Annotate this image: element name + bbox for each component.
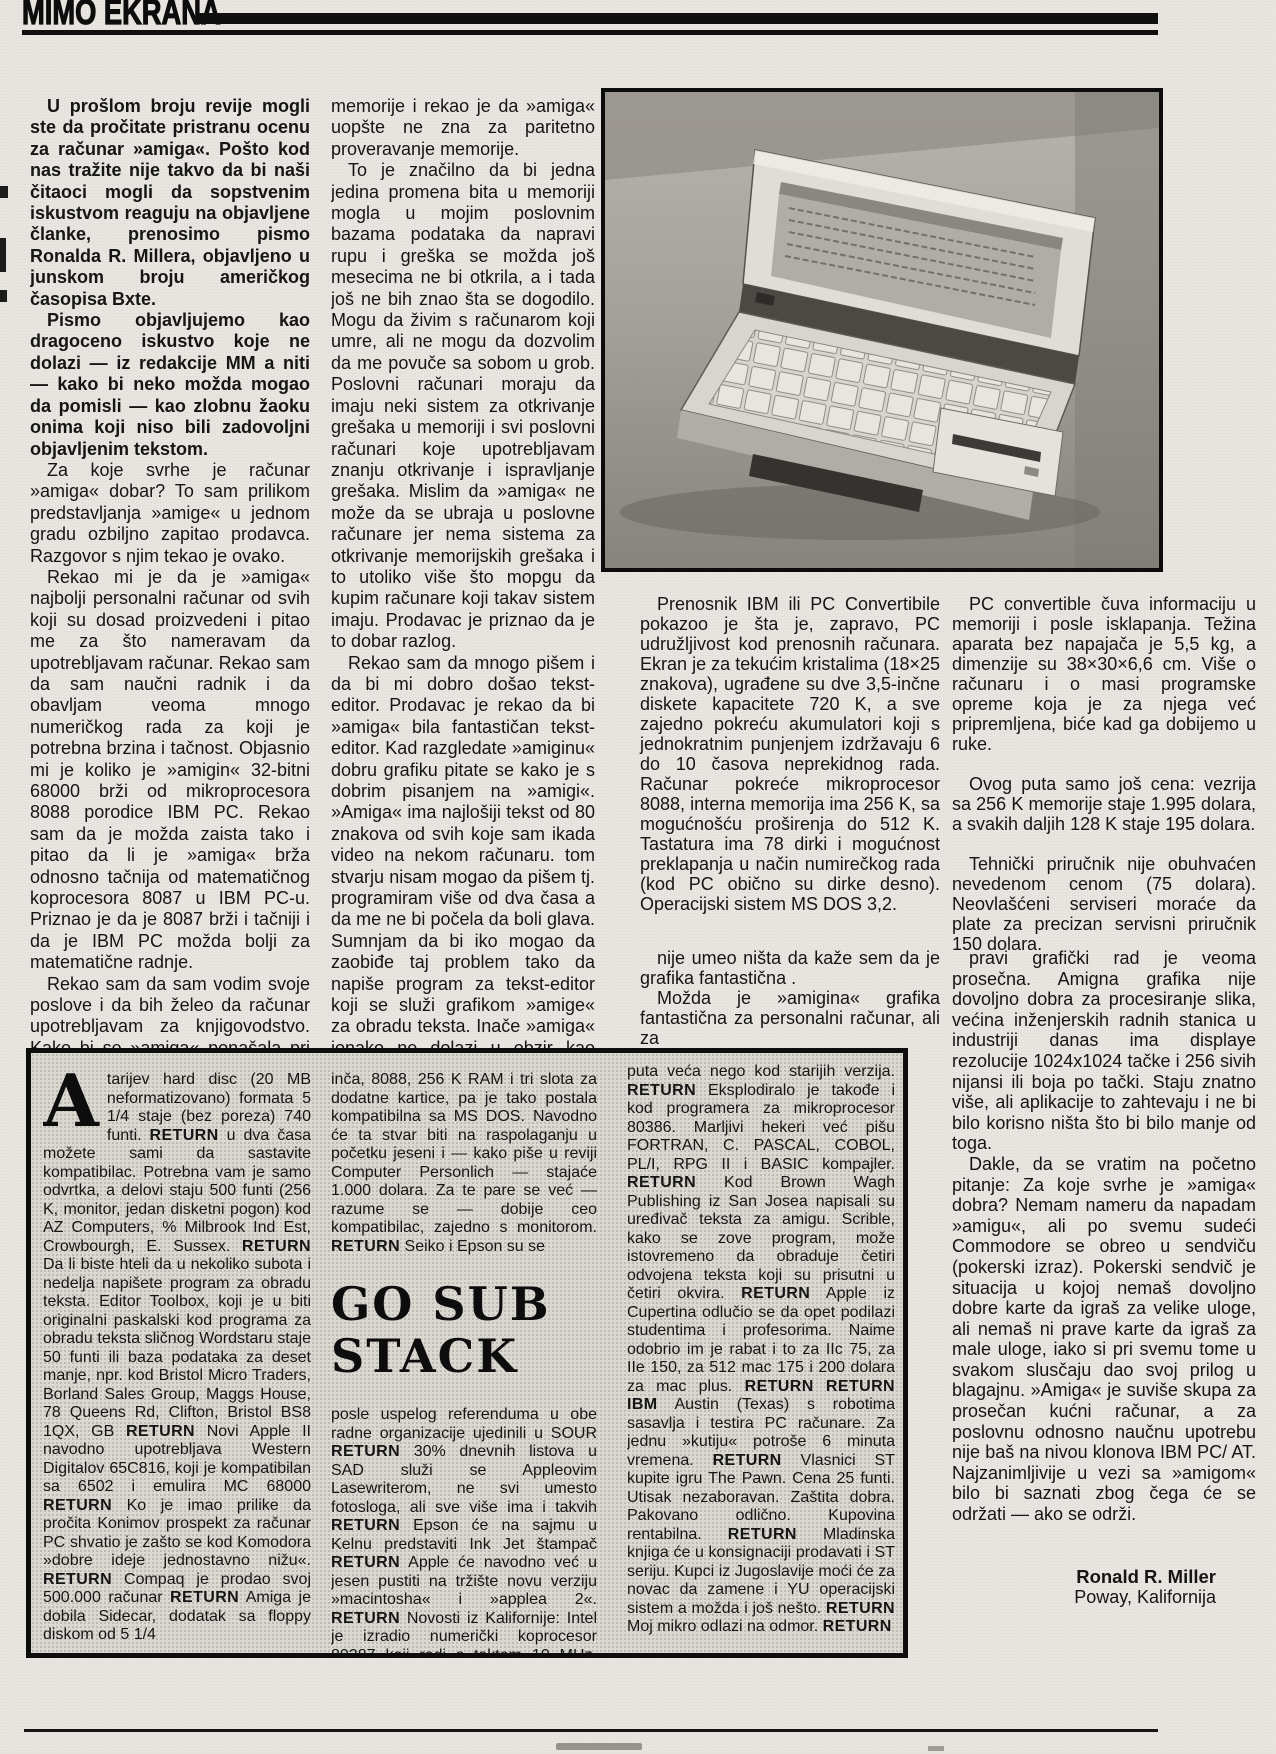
news-box: Atarijev hard disc (20 MB neformatizovan… bbox=[26, 1048, 908, 1658]
photo-caption-left: Prenosnik IBM ili PC Convertibile pokazo… bbox=[640, 594, 940, 914]
article-paragraph: Možda je »amigina« grafika fantastična z… bbox=[640, 988, 940, 1048]
news-box-column-2: inča, 8088, 256 K RAM i tri slota za dod… bbox=[331, 1071, 597, 1653]
author-location: Poway, Kalifornija bbox=[952, 1587, 1216, 1608]
masthead-rule-thick bbox=[196, 13, 1158, 24]
footer-rule bbox=[24, 1729, 1158, 1732]
headline-line: GO SUB bbox=[331, 1278, 597, 1330]
caption-paragraph: PC convertible čuva informaciju u memori… bbox=[952, 594, 1256, 754]
magazine-page: MIMO EKRANA U prošlom broju revije mogli… bbox=[0, 0, 1276, 1754]
scan-artifact bbox=[0, 186, 8, 198]
article-column-1: U prošlom broju revije mogli ste da proč… bbox=[30, 96, 310, 1048]
article-intro-paragraph: U prošlom broju revije mogli ste da proč… bbox=[30, 96, 310, 310]
article-paragraph: Rekao sam da mnogo pišem i da bi mi dobr… bbox=[331, 653, 595, 1048]
author-signature: Ronald R. Miller Poway, Kalifornija bbox=[952, 1567, 1256, 1608]
article-paragraph: memorije i rekao je da »amiga« uopšte ne… bbox=[331, 96, 595, 160]
footer-artifact bbox=[928, 1746, 944, 1751]
caption-paragraph: Ovog puta samo još cena: vezrija sa 256 … bbox=[952, 774, 1256, 834]
article-column-3-continuation: nije umeo ništa da kaže sem da je grafik… bbox=[640, 948, 940, 1048]
author-name: Ronald R. Miller bbox=[952, 1567, 1216, 1588]
article-paragraph: Rekao mi je da je »amiga« najbolji perso… bbox=[30, 567, 310, 974]
photo-frame bbox=[601, 88, 1163, 572]
article-paragraph: nije umeo ništa da kaže sem da je grafik… bbox=[640, 948, 940, 988]
news-box-column-3: puta veća nego kod starijih verzija. RET… bbox=[627, 1063, 895, 1653]
scan-artifact bbox=[0, 290, 7, 302]
news-box-headline: GO SUB STACK bbox=[331, 1278, 597, 1382]
news-paragraph: Atarijev hard disc (20 MB neformatizovan… bbox=[43, 1071, 311, 1645]
article-column-2: memorije i rekao je da »amiga« uopšte ne… bbox=[331, 96, 595, 1048]
news-text: tarijev hard disc (20 MB neformatizovano… bbox=[43, 1071, 311, 1643]
article-paragraph: Dakle, da se vratim na početno pitanje: … bbox=[952, 1154, 1256, 1525]
caption-paragraph: Prenosnik IBM ili PC Convertibile pokazo… bbox=[640, 594, 940, 914]
news-box-column-1: Atarijev hard disc (20 MB neformatizovan… bbox=[43, 1071, 311, 1653]
news-paragraph: puta veća nego kod starijih verzija. RET… bbox=[627, 1063, 895, 1637]
footer-artifact bbox=[556, 1743, 642, 1750]
caption-paragraph: Tehnički priručnik nije obuhvaćen nevede… bbox=[952, 854, 1256, 954]
article-intro-paragraph: Pismo objavljujemo kao dragoceno iskustv… bbox=[30, 310, 310, 460]
ibm-pc-convertible-photo bbox=[605, 92, 1159, 568]
article-paragraph: To je značilno da bi jedna jedina promen… bbox=[331, 160, 595, 652]
article-paragraph: Rekao sam da sam vodim svoje poslove i d… bbox=[30, 974, 310, 1048]
article-column-4: pravi grafički rad je veoma prosečna. Am… bbox=[952, 948, 1256, 1608]
drop-cap: A bbox=[43, 1073, 99, 1129]
news-paragraph: posle uspelog referenduma u obe radne or… bbox=[331, 1406, 597, 1653]
section-masthead: MIMO EKRANA bbox=[22, 0, 221, 33]
photo-caption-right: PC convertible čuva informaciju u memori… bbox=[952, 594, 1256, 974]
scan-artifact bbox=[0, 238, 6, 272]
masthead-rule-thin bbox=[22, 30, 1158, 35]
article-paragraph: pravi grafički rad je veoma prosečna. Am… bbox=[952, 948, 1256, 1154]
article-paragraph: Za koje svrhe je računar »amiga« dobar? … bbox=[30, 460, 310, 567]
headline-line: STACK bbox=[331, 1330, 597, 1382]
news-paragraph: inča, 8088, 256 K RAM i tri slota za dod… bbox=[331, 1071, 597, 1256]
